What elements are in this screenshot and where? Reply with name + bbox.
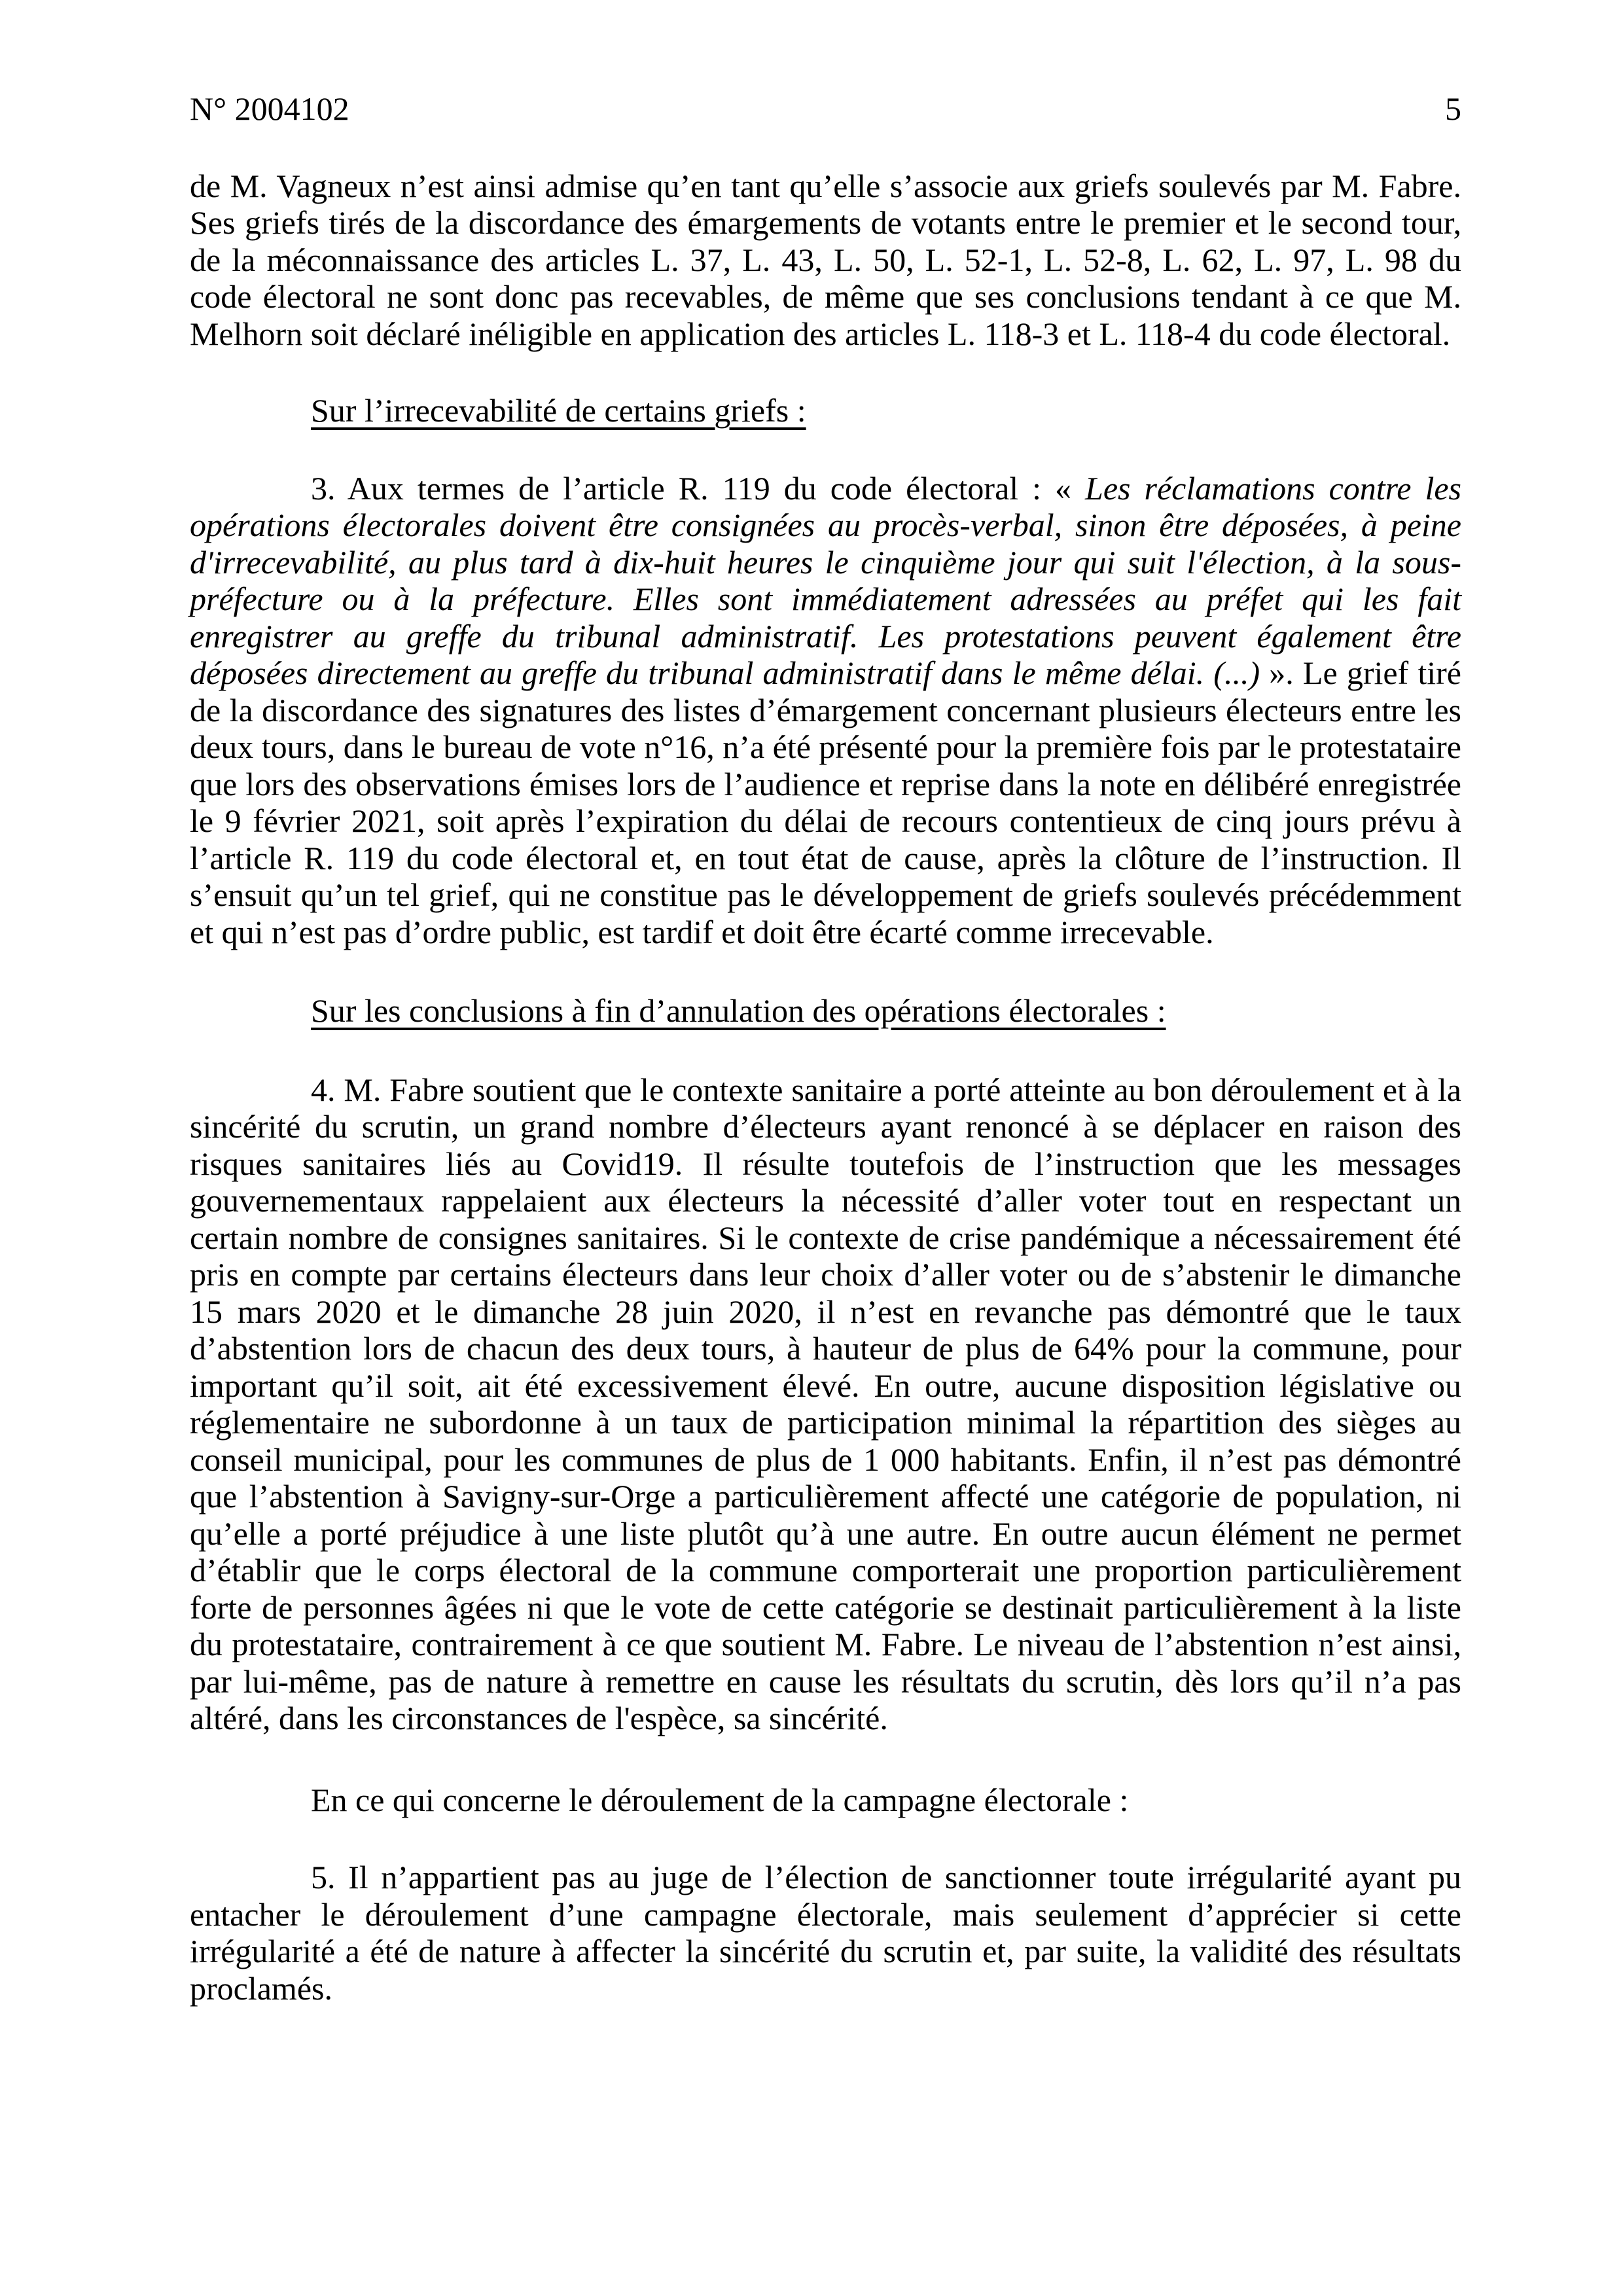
heading-annulment-text: Sur les conclusions à fin d’annulation d…: [311, 992, 1166, 1029]
point3-tail-text: ». Le grief tiré de la discordance des s…: [190, 655, 1461, 950]
paragraph-point3: 3. Aux termes de l’article R. 119 du cod…: [190, 470, 1461, 951]
page-header: N° 2004102 5: [190, 90, 1461, 128]
point3-lead-text: 3. Aux termes de l’article R. 119 du cod…: [311, 470, 1085, 507]
heading-annulment: Sur les conclusions à fin d’annulation d…: [190, 992, 1461, 1030]
paragraph-point5: 5. Il n’appartient pas au juge de l’élec…: [190, 1859, 1461, 2007]
heading-inadmissibility-text: Sur l’irrecevabilité de certains griefs …: [311, 392, 806, 429]
case-number: N° 2004102: [190, 90, 349, 128]
heading-inadmissibility: Sur l’irrecevabilité de certains griefs …: [190, 392, 1461, 429]
paragraph-point4: 4. M. Fabre soutient que le contexte san…: [190, 1071, 1461, 1737]
document-page: N° 2004102 5 de M. Vagneux n’est ainsi a…: [0, 0, 1623, 2296]
document-content: N° 2004102 5 de M. Vagneux n’est ainsi a…: [190, 90, 1461, 2007]
subheading-campaign: En ce qui concerne le déroulement de la …: [190, 1782, 1461, 1819]
paragraph-intro: de M. Vagneux n’est ainsi admise qu’en t…: [190, 168, 1461, 353]
page-number: 5: [1445, 90, 1461, 128]
